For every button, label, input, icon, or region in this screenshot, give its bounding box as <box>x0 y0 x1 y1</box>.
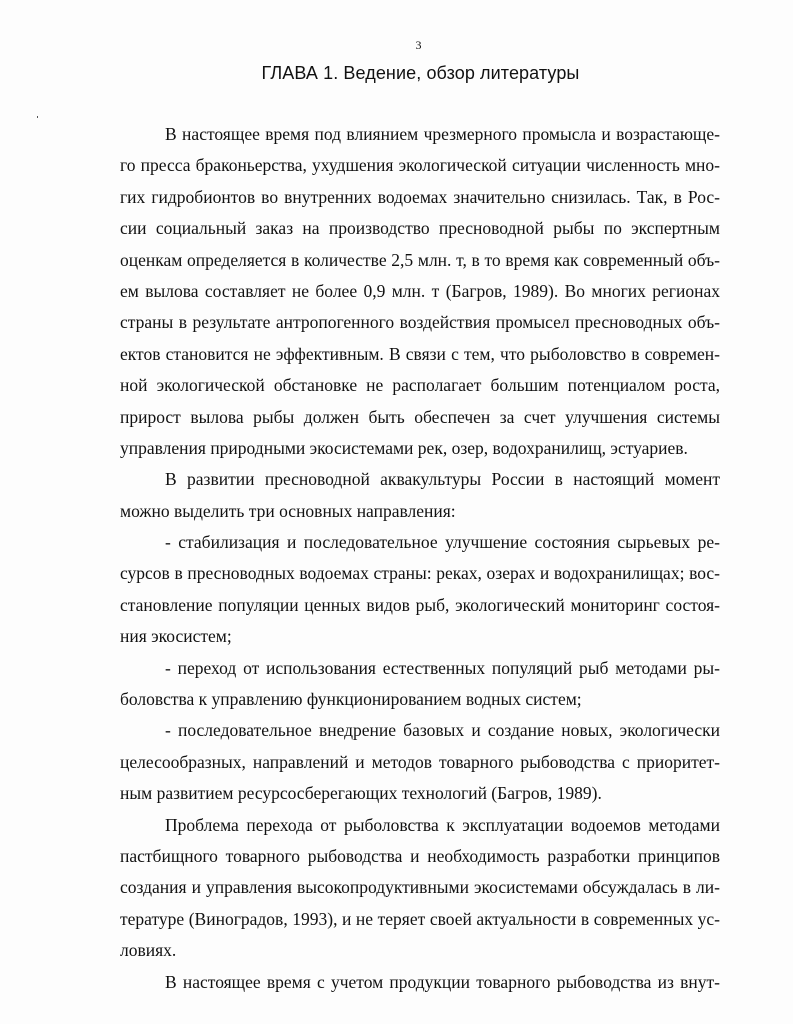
text-line: боловства к управлению функционированием… <box>120 687 720 718</box>
text-line: ной экологической обстановке не располаг… <box>120 373 720 404</box>
text-line: - стабилизация и последовательное улучше… <box>120 530 720 561</box>
text-line: пастбищного товарного рыбоводства и необ… <box>120 844 720 875</box>
text-line: сии социальный заказ на производство пре… <box>120 216 720 247</box>
text-line: целесообразных, направлений и методов то… <box>120 750 720 781</box>
text-line: Проблема перехода от рыболовства к экспл… <box>120 813 720 844</box>
paragraph: В настоящее время под влиянием чрезмерно… <box>120 122 720 467</box>
list-item: - переход от использования естественных … <box>120 656 720 719</box>
text-line: гих гидробионтов во внутренних водоемах … <box>120 185 720 216</box>
text-line: - переход от использования естественных … <box>120 656 720 687</box>
paragraph: В настоящее время с учетом продукции тов… <box>120 970 720 1001</box>
text-line: ным развитием ресурсосберегающих техноло… <box>120 781 720 812</box>
text-line: ем вылова составляет не более 0,9 млн. т… <box>120 279 720 310</box>
text-line: ловиях. <box>120 938 720 969</box>
list-item: - последовательное внедрение базовых и с… <box>120 718 720 812</box>
text-line: управления природными экосистемами рек, … <box>120 436 720 467</box>
scan-margin-mark <box>37 116 38 118</box>
text-line: тературе (Виноградов, 1993), и не теряет… <box>120 907 720 938</box>
text-line: сурсов в пресноводных водоемах страны: р… <box>120 561 720 592</box>
page-number: 3 <box>22 38 793 53</box>
text-line: го пресса браконьерства, ухудшения эколо… <box>120 153 720 184</box>
document-body: В настоящее время под влиянием чрезмерно… <box>120 122 720 1001</box>
text-line: страны в результате антропогенного возде… <box>120 310 720 341</box>
text-line: оценкам определяется в количестве 2,5 мл… <box>120 248 720 279</box>
text-line: создания и управления высокопродуктивным… <box>120 875 720 906</box>
chapter-title: ГЛАВА 1. Ведение, обзор литературы <box>24 63 793 84</box>
text-line: В настоящее время под влиянием чрезмерно… <box>120 122 720 153</box>
text-line: - последовательное внедрение базовых и с… <box>120 718 720 749</box>
text-line: становление популяции ценных видов рыб, … <box>120 593 720 624</box>
paragraph: Проблема перехода от рыболовства к экспл… <box>120 813 720 970</box>
text-line: В настоящее время с учетом продукции тов… <box>120 970 720 1001</box>
text-line: можно выделить три основных направления: <box>120 499 720 530</box>
list-item: - стабилизация и последовательное улучше… <box>120 530 720 656</box>
text-line: прирост вылова рыбы должен быть обеспече… <box>120 405 720 436</box>
paragraph: В развитии пресноводной аквакультуры Рос… <box>120 467 720 530</box>
text-line: ния экосистем; <box>120 624 720 655</box>
text-line: ектов становится не эффективным. В связи… <box>120 342 720 373</box>
text-line: В развитии пресноводной аквакультуры Рос… <box>120 467 720 498</box>
